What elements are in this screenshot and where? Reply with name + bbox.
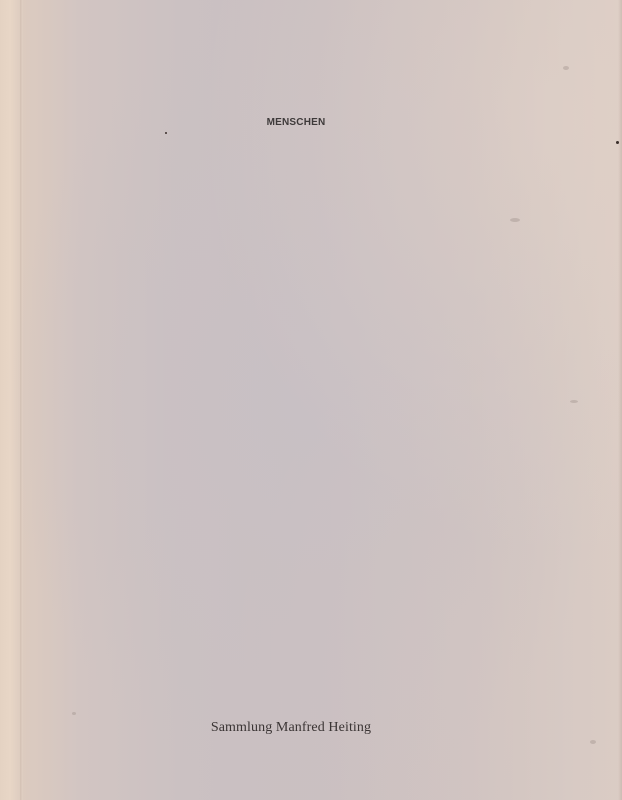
cover-smudge [570, 400, 578, 403]
cover-smudge [72, 712, 76, 715]
cover-smudge [510, 218, 520, 222]
cover-smudge [590, 740, 596, 744]
book-title: MENSCHEN [0, 117, 592, 128]
book-cover: MENSCHEN Sammlung Manfred Heiting [0, 0, 622, 800]
book-subtitle: Sammlung Manfred Heiting [0, 720, 582, 736]
cover-speck [616, 141, 619, 144]
cover-smudge [563, 66, 569, 70]
cover-right-edge [618, 0, 622, 800]
cover-speck [165, 132, 167, 134]
